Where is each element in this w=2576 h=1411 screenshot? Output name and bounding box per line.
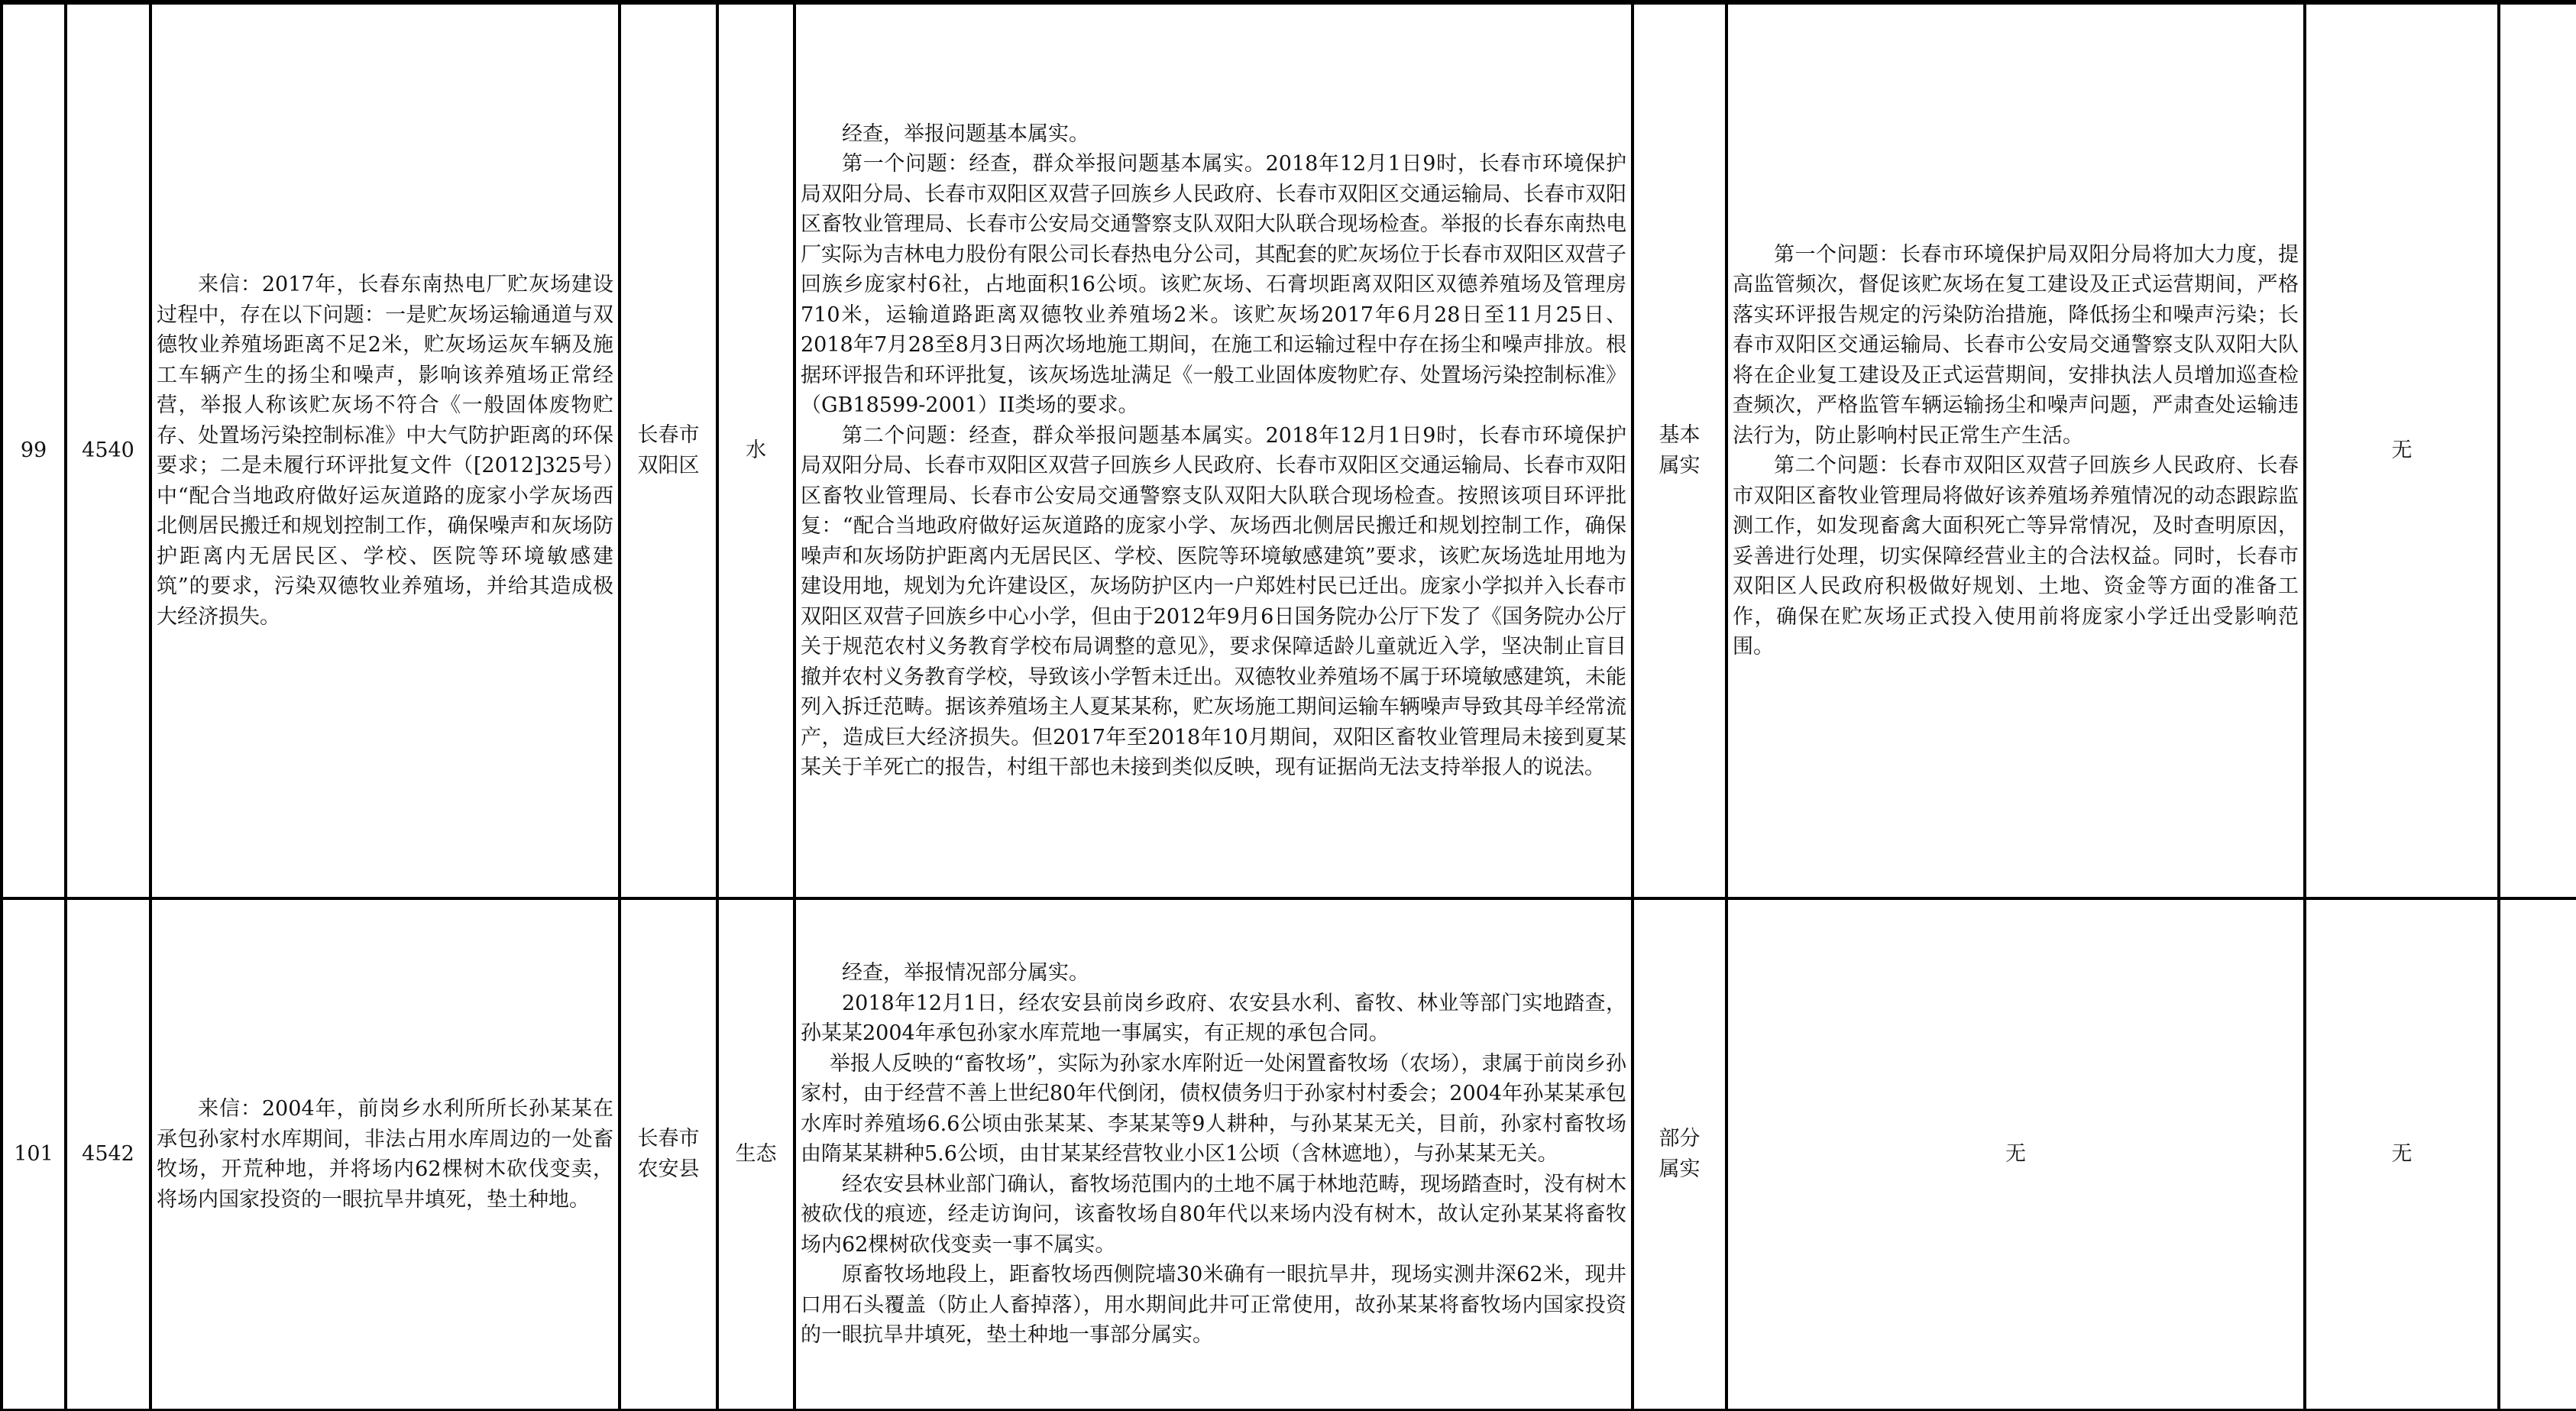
accountability-cell: 无	[2305, 898, 2499, 1411]
findings-paragraph: 举报人反映的“畜牧场”，实际为孙家水库附近一处闲置畜牧场（农场），隶属于前岗乡孙…	[801, 1049, 1626, 1170]
district-county: 双阳区	[638, 454, 700, 477]
district-county: 农安县	[638, 1157, 700, 1181]
district-cell: 长春市 农安县	[620, 898, 717, 1411]
rectification-paragraph: 第一个问题：长春市环境保护局双阳分局将加大力度，提高监管频次，督促该贮灰场在复工…	[1733, 240, 2299, 451]
complaint-text: 来信：2004年，前岗乡水利所所长孙某某在承包孙家村水库期间，非法占用水库周边的…	[157, 1094, 613, 1215]
district-city: 长春市	[638, 423, 700, 447]
verdict-cell: 基本 属实	[1633, 2, 1727, 898]
verdict-line2: 属实	[1659, 454, 1701, 477]
findings-paragraph: 2018年12月1日，经农安县前岗乡政府、农安县水利、畜牧、林业等部门实地踏查，…	[801, 989, 1626, 1049]
findings-cell: 经查，举报问题基本属实。 第一个问题：经查，群众举报问题基本属实。2018年12…	[794, 2, 1633, 898]
verdict-line1: 部分	[1659, 1127, 1701, 1150]
findings-paragraph: 第一个问题：经查，群众举报问题基本属实。2018年12月1日9时，长春市环境保护…	[801, 149, 1626, 421]
table-row: 99 4540 来信：2017年，长春东南热电厂贮灰场建设过程中，存在以下问题：…	[2, 2, 2576, 898]
category-cell: 水	[717, 2, 794, 898]
verdict-line2: 属实	[1659, 1157, 1701, 1181]
complaint-cell: 来信：2017年，长春东南热电厂贮灰场建设过程中，存在以下问题：一是贮灰场运输通…	[150, 2, 620, 898]
complaint-cell: 来信：2004年，前岗乡水利所所长孙某某在承包孙家村水库期间，非法占用水库周边的…	[150, 898, 620, 1411]
table-row: 101 4542 来信：2004年，前岗乡水利所所长孙某某在承包孙家村水库期间，…	[2, 898, 2576, 1411]
verdict-line1: 基本	[1659, 423, 1701, 447]
complaint-table: 99 4540 来信：2017年，长春东南热电厂贮灰场建设过程中，存在以下问题：…	[0, 0, 2576, 1411]
rectification-paragraph: 第二个问题：长春市双阳区双营子回族乡人民政府、长春市双阳区畜牧业管理局将做好该养…	[1733, 451, 2299, 662]
case-id-cell: 4540	[66, 2, 150, 898]
findings-cell: 经查，举报情况部分属实。 2018年12月1日，经农安县前岗乡政府、农安县水利、…	[794, 898, 1633, 1411]
findings-paragraph: 第二个问题：经查，群众举报问题基本属实。2018年12月1日9时，长春市环境保护…	[801, 421, 1626, 783]
findings-paragraph: 经农安县林业部门确认，畜牧场范围内的土地不属于林地范畴，现场踏查时，没有树木被砍…	[801, 1170, 1626, 1261]
complaint-text: 来信：2017年，长春东南热电厂贮灰场建设过程中，存在以下问题：一是贮灰场运输通…	[157, 270, 613, 632]
rectification-cell: 第一个问题：长春市环境保护局双阳分局将加大力度，提高监管频次，督促该贮灰场在复工…	[1727, 2, 2305, 898]
extra-cell	[2499, 898, 2576, 1411]
verdict-cell: 部分 属实	[1633, 898, 1727, 1411]
district-cell: 长春市 双阳区	[620, 2, 717, 898]
district-city: 长春市	[638, 1127, 700, 1150]
category-cell: 生态	[717, 898, 794, 1411]
accountability-cell: 无	[2305, 2, 2499, 898]
case-id-cell: 4542	[66, 898, 150, 1411]
findings-paragraph: 原畜牧场地段上，距畜牧场西侧院墙30米确有一眼抗旱井，现场实测井深62米，现井口…	[801, 1260, 1626, 1351]
seq-cell: 101	[2, 898, 66, 1411]
findings-summary: 经查，举报情况部分属实。	[801, 958, 1626, 989]
extra-cell	[2499, 2, 2576, 898]
seq-cell: 99	[2, 2, 66, 898]
findings-summary: 经查，举报问题基本属实。	[801, 119, 1626, 150]
rectification-cell: 无	[1727, 898, 2305, 1411]
